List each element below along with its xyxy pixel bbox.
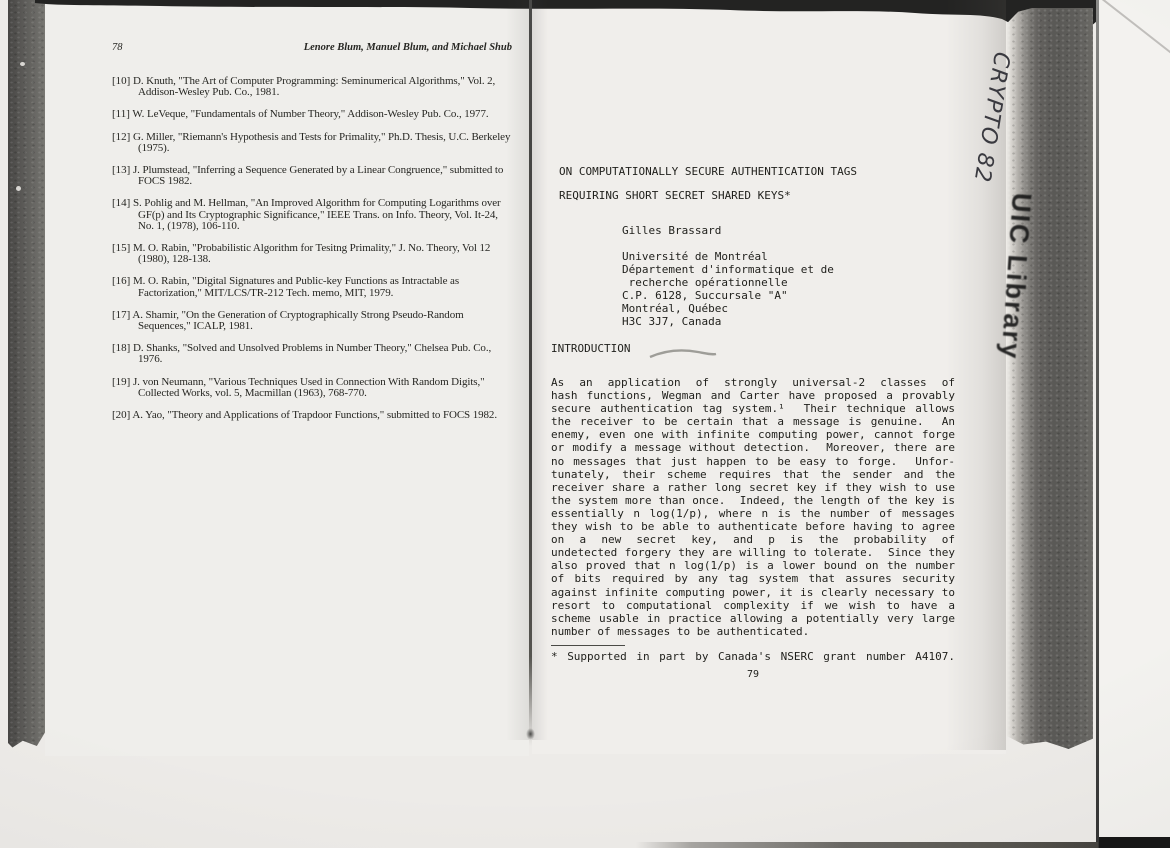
reference-item: [16] M. O. Rabin, "Digital Signatures an… xyxy=(112,276,512,298)
running-header: Lenore Blum, Manuel Blum, and Michael Sh… xyxy=(304,42,512,53)
reference-item: [19] J. von Neumann, "Various Techniques… xyxy=(112,377,512,399)
paragraph-line: no messages that just happen to be easy … xyxy=(551,455,955,468)
paragraph-line: on a new secret key, and p is the probab… xyxy=(551,533,955,546)
reference-text: J. Plumstead, "Inferring a Sequence Gene… xyxy=(133,164,503,187)
footnote-rule xyxy=(551,645,625,646)
references-list: [10] D. Knuth, "The Art of Computer Prog… xyxy=(112,76,512,421)
reference-item: [17] A. Shamir, "On the Generation of Cr… xyxy=(112,310,512,332)
reference-item: [11] W. LeVeque, "Fundamentals of Number… xyxy=(112,109,512,120)
reference-item: [10] D. Knuth, "The Art of Computer Prog… xyxy=(112,76,512,98)
reference-label: [10] xyxy=(112,75,130,87)
paragraph-line: hash functions, Wegman and Carter have p… xyxy=(551,389,955,402)
paragraph-line: tunately, their scheme requires that the… xyxy=(551,468,955,481)
reference-text: A. Shamir, "On the Generation of Cryptog… xyxy=(132,309,463,332)
reference-item: [12] G. Miller, "Riemann's Hypothesis an… xyxy=(112,132,512,154)
right-page: ON COMPUTATIONALLY SECURE AUTHENTICATION… xyxy=(551,166,955,706)
reference-text: M. O. Rabin, "Digital Signatures and Pub… xyxy=(133,275,459,298)
author-affiliation: Université de Montréal Département d'inf… xyxy=(622,250,834,328)
reference-label: [11] xyxy=(112,108,130,120)
paragraph-line: the receiver to be certain that a messag… xyxy=(551,415,955,428)
reference-label: [12] xyxy=(112,131,130,143)
author-name: Gilles Brassard xyxy=(622,224,721,237)
affiliation-line: Université de Montréal xyxy=(622,250,834,263)
left-page: 78 Lenore Blum, Manuel Blum, and Michael… xyxy=(112,42,512,432)
gutter-shadow xyxy=(532,0,548,740)
paragraph-line: they wish to be able to authenticate bef… xyxy=(551,520,955,533)
reference-text: M. O. Rabin, "Probabilistic Algorithm fo… xyxy=(133,242,490,265)
paragraph-line: essentially n log(1/p), where n is the n… xyxy=(551,507,955,520)
reference-label: [15] xyxy=(112,242,130,254)
reference-text: S. Pohlig and M. Hellman, "An Improved A… xyxy=(133,197,501,231)
paragraph-line: against infinite computing power, it is … xyxy=(551,586,955,599)
introduction-paragraph: As an application of strongly universal-… xyxy=(551,376,955,638)
left-page-number: 78 xyxy=(112,42,123,53)
paragraph-line: resort to computational complexity if we… xyxy=(551,599,955,612)
cover-edge-line xyxy=(1096,0,1099,848)
affiliation-line: C.P. 6128, Succursale "A" xyxy=(622,289,834,302)
reference-label: [20] xyxy=(112,409,130,421)
reference-label: [18] xyxy=(112,342,130,354)
reference-label: [14] xyxy=(112,197,130,209)
reference-text: J. von Neumann, "Various Techniques Used… xyxy=(133,376,485,399)
reference-item: [15] M. O. Rabin, "Probabilistic Algorit… xyxy=(112,243,512,265)
paragraph-line: number of messages to be authenticated. xyxy=(551,625,955,638)
paragraph-line: also proved that n log(1/p) is a lower b… xyxy=(551,559,955,572)
paragraph-line: As an application of strongly universal-… xyxy=(551,376,955,389)
footnote-text: * Supported in part by Canada's NSERC gr… xyxy=(551,650,955,663)
reference-label: [13] xyxy=(112,164,130,176)
paragraph-line: enemy, even one with infinite computing … xyxy=(551,428,955,441)
reference-item: [14] S. Pohlig and M. Hellman, "An Impro… xyxy=(112,198,512,232)
reference-item: [13] J. Plumstead, "Inferring a Sequence… xyxy=(112,165,512,187)
bottom-edge-shadow xyxy=(636,842,1098,848)
page-gutter xyxy=(529,0,532,746)
reference-label: [19] xyxy=(112,376,130,388)
reference-label: [16] xyxy=(112,275,130,287)
reference-label: [17] xyxy=(112,309,130,321)
reference-text: G. Miller, "Riemann's Hypothesis and Tes… xyxy=(133,131,510,154)
affiliation-line: H3C 3J7, Canada xyxy=(622,315,834,328)
reference-item: [18] D. Shanks, "Solved and Unsolved Pro… xyxy=(112,343,512,365)
book-scan: CRYPTO 82 UIC Library 78 Lenore Blum, Ma… xyxy=(0,0,1170,848)
reference-text: W. LeVeque, "Fundamentals of Number Theo… xyxy=(132,108,488,120)
right-book-edge xyxy=(1006,8,1093,749)
pencil-mark xyxy=(648,347,718,361)
affiliation-line: recherche opérationnelle xyxy=(622,276,834,289)
left-page-header: 78 Lenore Blum, Manuel Blum, and Michael… xyxy=(112,42,512,53)
paper-speck xyxy=(16,186,21,191)
affiliation-line: Département d'informatique et de xyxy=(622,263,834,276)
bottom-edge-dark xyxy=(1099,837,1170,848)
paragraph-line: scheme usable in practice allowing a pot… xyxy=(551,612,955,625)
left-book-edge xyxy=(8,0,45,749)
paper-title-line-1: ON COMPUTATIONALLY SECURE AUTHENTICATION… xyxy=(559,166,857,178)
paragraph-line: secure authentication tag system.¹ Their… xyxy=(551,402,955,415)
reference-item: [20] A. Yao, "Theory and Applications of… xyxy=(112,410,512,421)
paragraph-line: or modify a message without detection. M… xyxy=(551,441,955,454)
paragraph-line: of bits required by any tag system that … xyxy=(551,572,955,585)
reference-text: D. Knuth, "The Art of Computer Programmi… xyxy=(133,75,495,98)
scanner-margin xyxy=(1099,0,1170,848)
paragraph-line: the system more than once. Indeed, the l… xyxy=(551,494,955,507)
reference-text: A. Yao, "Theory and Applications of Trap… xyxy=(132,409,497,421)
paragraph-line: undetected forgery they are willing to t… xyxy=(551,546,955,559)
paper-title-line-2: REQUIRING SHORT SECRET SHARED KEYS* xyxy=(559,190,791,202)
paragraph-line: receiver share a rather long secret key … xyxy=(551,481,955,494)
paper-speck xyxy=(20,62,25,66)
reference-text: D. Shanks, "Solved and Unsolved Problems… xyxy=(133,342,491,365)
section-heading: INTRODUCTION xyxy=(551,342,630,355)
affiliation-line: Montréal, Québec xyxy=(622,302,834,315)
right-page-number: 79 xyxy=(551,669,955,680)
